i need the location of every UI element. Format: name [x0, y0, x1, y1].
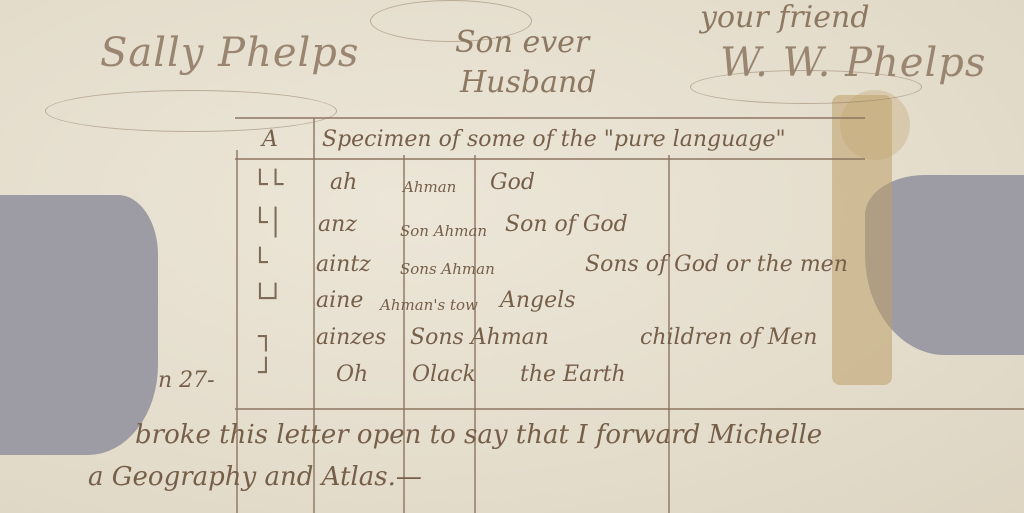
closing-your-friend: your friend [700, 0, 870, 35]
closing-husband: Husband [460, 65, 597, 100]
row-meaning: God [490, 170, 535, 195]
row-meaning: Sons of God or the men [585, 252, 848, 277]
row-sound: aintz [316, 252, 371, 277]
pure-language-glyph: └ [252, 248, 268, 278]
table-bottom-line [235, 408, 1024, 410]
pure-language-glyph: ┘ [258, 358, 274, 388]
torn-hole-left [0, 195, 158, 455]
footer-line-2: a Geography and Atlas.— [88, 462, 422, 492]
pure-language-glyph: └│ [252, 208, 283, 238]
row-sound: anz [318, 212, 357, 237]
row-sound: ah [330, 170, 357, 195]
row-sound: ainzes [316, 325, 386, 350]
table-col-line [236, 150, 238, 513]
signature-left: Sally Phelps [100, 30, 359, 76]
flourish-left [45, 90, 337, 132]
document-scan: Sally Phelps Son ever Husband your frien… [0, 0, 1024, 513]
row-meaning: the Earth [520, 362, 626, 387]
row-meaning: Angels [500, 288, 576, 313]
row-word: Sons Ahman [410, 325, 549, 350]
table-col-line [403, 155, 405, 513]
row-meaning: Son of God [505, 212, 628, 237]
table-title: Specimen of some of the "pure language" [322, 127, 786, 152]
row-word: Ahman's tow [380, 296, 478, 314]
row-word: Sons Ahman [400, 260, 495, 278]
row-word: Son Ahman [400, 222, 487, 240]
closing-son-ever: Son ever [455, 25, 589, 60]
table-top-line [235, 117, 865, 119]
pure-language-glyph: ┐ [258, 322, 274, 352]
row-word: Ahman [403, 178, 456, 196]
footer-line-1: broke this letter open to say that I for… [135, 420, 822, 450]
row-sound: aine [316, 288, 363, 313]
row-meaning: children of Men [640, 325, 817, 350]
table-header-line [235, 158, 865, 160]
row-word: Olack [412, 362, 476, 387]
table-col-line [313, 118, 315, 513]
pure-language-glyph: └┘ [252, 284, 283, 314]
margin-note: n 27- [158, 368, 215, 393]
pure-language-glyph: └└ [252, 170, 283, 200]
table-title-marker: A [262, 127, 278, 152]
signature-right: W. W. Phelps [720, 40, 986, 86]
row-sound: Oh [336, 362, 368, 387]
